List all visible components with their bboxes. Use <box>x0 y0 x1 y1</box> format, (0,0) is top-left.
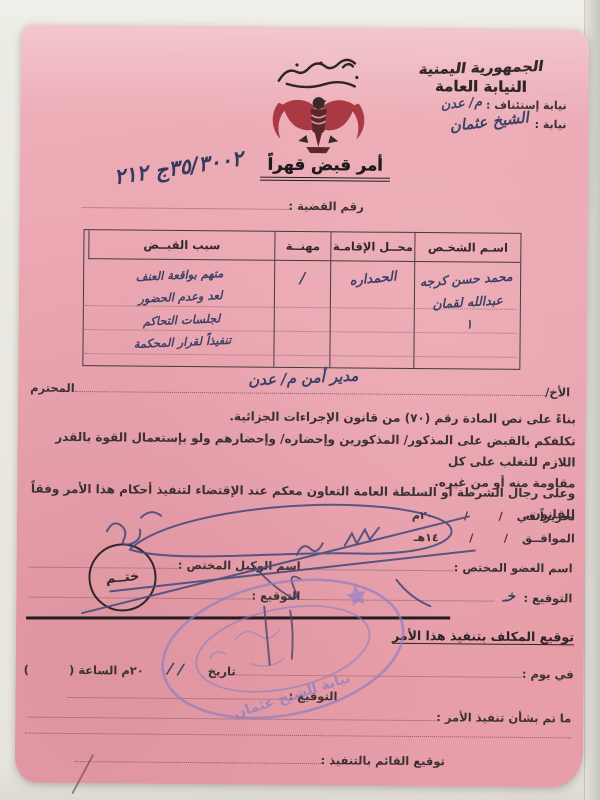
signature-dotted-right <box>300 599 494 602</box>
signature-label-right: التوقيع : <box>523 591 572 605</box>
execution-signature-line: التوقيع : <box>67 687 337 703</box>
reason-handwriting: متهم بواقعة العنف لعد وعدم الحضور لجلسات… <box>86 256 276 358</box>
suspect-table: اسـم الشخـص محــل الإقامـة مهنــة سبب ال… <box>82 229 521 370</box>
col-header-name: اسـم الشخـص <box>414 233 520 263</box>
execution-result-line: ما تم بشأن تنفيذ الأمر : <box>27 707 571 726</box>
yemen-eagle-emblem-icon <box>268 89 369 160</box>
signature-field-left: التوقيع : <box>28 587 300 603</box>
niyaba-line: نيابة : الشيخ عثمان <box>380 112 580 132</box>
section-divider <box>26 616 450 619</box>
cell-reason: متهم بواقعة العنف لعد وعدم الحضور لجلسات… <box>87 259 274 367</box>
date-label: تاريخ <box>208 664 236 678</box>
day-label: في يوم : <box>522 667 574 681</box>
signature-label-left: التوقيع : <box>251 589 300 603</box>
addressee-line: الأخ/ المحترم <box>30 381 570 400</box>
execution-result-dotted <box>27 717 436 722</box>
signature-field-right: التوقيع : خـ <box>300 587 572 605</box>
execution-result-label: ما تم بشأن تنفيذ الأمر : <box>436 710 571 725</box>
cell-profession: / <box>273 261 330 367</box>
case-number-dotted-line <box>82 207 289 210</box>
order-text-line1: تكلفكم بالقبض على المذكور/ المذكورين وإح… <box>27 427 575 474</box>
hijri-date-label: الموافــق <box>522 531 575 545</box>
time-text: ٢٠م الساعة ( ) <box>24 663 144 678</box>
arrest-warrant-document: الجمهورية اليمنية النيابة العامة نيابة إ… <box>15 25 590 788</box>
execution-signature-label: التوقيع : <box>289 689 338 703</box>
addressee-honorific: المحترم <box>30 381 75 395</box>
signature-handwriting-kh: خـ <box>494 587 524 606</box>
col-header-residence: محــل الإقامـة <box>330 232 414 262</box>
khatm-stamp-circle: ختــم <box>85 540 159 614</box>
day-dotted-line <box>236 674 522 677</box>
written-date-line: تحريراً في / / ٢٠م <box>412 508 575 523</box>
prosecution-title: النيابة العامة <box>381 77 581 97</box>
executor-signature-line: توقيع القائم بالتنفيذ : <box>75 751 445 768</box>
member-dotted-line <box>301 569 454 571</box>
written-date-label: تحريراً في <box>517 509 575 524</box>
hijri-date-value: / / ١٤هـ <box>414 531 508 545</box>
agent-name-field: اسم الوكيل المختص : <box>29 557 301 573</box>
executor-signature-dotted <box>75 761 321 764</box>
col-header-profession: مهنــة <box>274 232 330 261</box>
republic-title: الجمهورية اليمنية <box>379 58 583 79</box>
member-name-field: اسم العضو المختص : <box>301 559 573 575</box>
execution-section-title: توقيع المكلف بتنفيذ هذا الأمر <box>392 628 574 645</box>
case-number-line: رقم القضية : <box>82 197 364 213</box>
hijri-date-line: الموافــق / / ١٤هـ <box>414 530 575 545</box>
case-number-handwriting: ٣٥/٣٠٠٢ج ٢١٢ <box>33 146 244 201</box>
executor-signature-label: توقيع القائم بالتنفيذ : <box>320 753 444 768</box>
appeal-value-handwriting: م/ عدن <box>440 95 483 113</box>
niyaba-value-handwriting: الشيخ عثمان <box>449 108 530 135</box>
execution-result-dotted-2 <box>25 733 571 739</box>
date-handwriting: / / <box>143 657 208 680</box>
niyaba-label: نيابة : <box>535 118 567 131</box>
written-date-value: / / ٢٠م <box>412 509 503 523</box>
header-block: الجمهورية اليمنية النيابة العامة نيابة إ… <box>380 60 581 132</box>
profession-handwriting: / <box>275 261 330 287</box>
agent-label: اسم الوكيل المختص : <box>178 558 301 573</box>
addressee-label: الأخ/ <box>545 385 570 399</box>
name-handwriting: محمد حسن كرجه عبدالله لقمان ١ <box>413 259 522 339</box>
document-title: أمر قبض قهراً <box>260 155 390 182</box>
cell-residence: الحمداره <box>329 261 414 368</box>
residence-handwriting: الحمداره <box>330 258 415 291</box>
bismillah-calligraphy-icon <box>273 57 369 92</box>
cell-name: محمد حسن كرجه عبدالله لقمان ١ <box>413 262 520 369</box>
appeal-prosecution-line: نيابة إستئناف : م/ عدن <box>381 96 581 113</box>
case-number-label: رقم القضية : <box>288 199 363 214</box>
execution-day-line: في يوم : تاريخ / / ٢٠م الساعة ( ) <box>24 659 574 682</box>
addressee-dotted-line <box>75 391 545 396</box>
execution-signature-dotted <box>67 697 288 700</box>
member-label: اسم العضو المختص : <box>454 560 573 575</box>
